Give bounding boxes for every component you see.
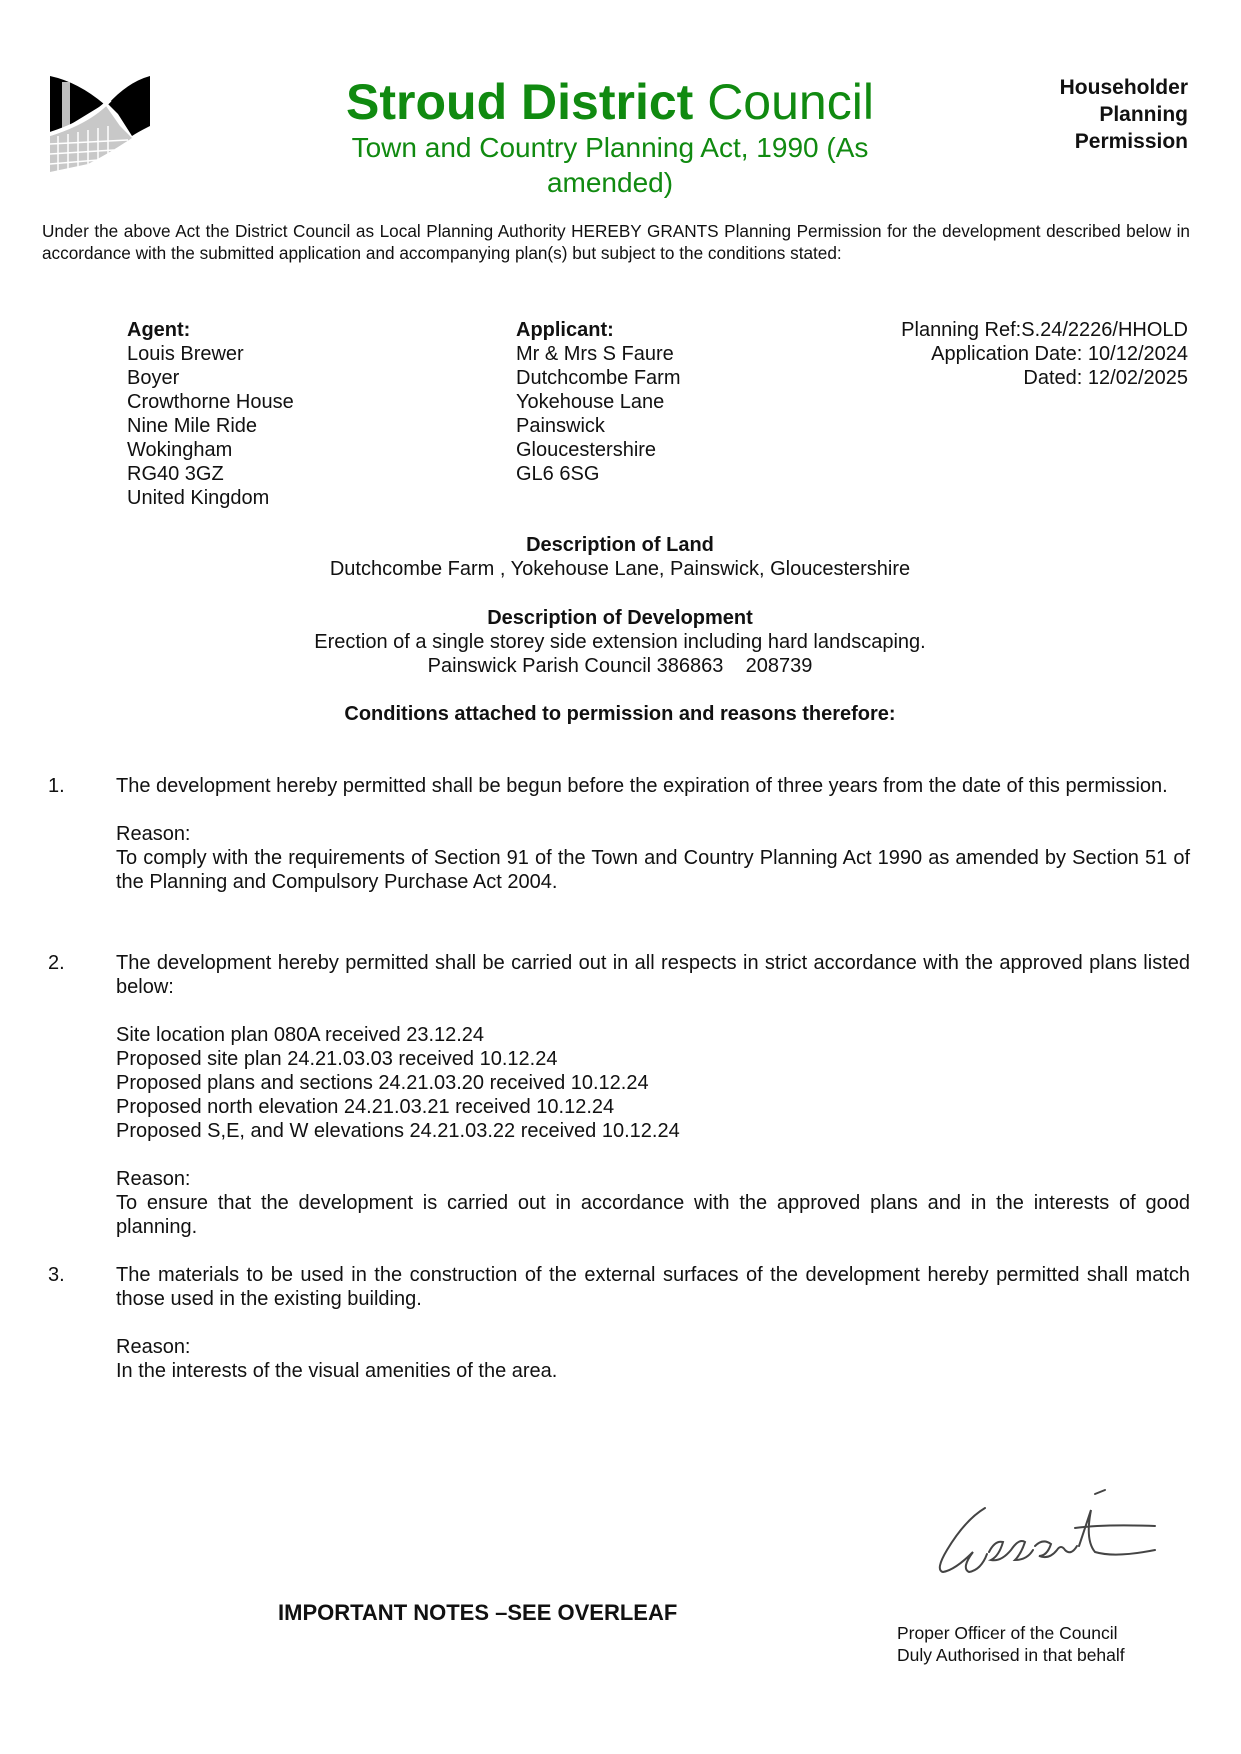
development-text: Erection of a single storey side extensi… [140,630,1100,654]
condition-text: The materials to be used in the construc… [116,1263,1190,1311]
applicant-address: Applicant: Mr & Mrs S Faure Dutchcombe F… [516,318,846,486]
approved-plan: Proposed north elevation 24.21.03.21 rec… [116,1095,1190,1119]
condition-number: 1. [48,774,88,798]
condition-item: 3. The materials to be used in the const… [48,1263,1190,1383]
parish-text: Painswick Parish Council 386863 208739 [140,654,1100,678]
condition-text: The development hereby permitted shall b… [116,951,1190,999]
applicant-line: Gloucestershire [516,438,846,462]
document-type-line: Planning [1000,101,1188,128]
condition-item: 1. The development hereby permitted shal… [48,774,1190,894]
officer-line: Duly Authorised in that behalf [897,1644,1125,1666]
agent-line: United Kingdom [127,486,457,510]
reason-label: Reason: [116,1335,1190,1359]
signature-icon [925,1480,1185,1590]
land-heading: Description of Land [140,533,1100,557]
officer-line: Proper Officer of the Council [897,1622,1125,1644]
condition-number: 3. [48,1263,88,1287]
reference-block: Planning Ref:S.24/2226/HHOLD Application… [800,318,1188,390]
council-name-bold: Stroud District [346,74,693,130]
agent-address: Agent: Louis Brewer Boyer Crowthorne Hou… [127,318,457,510]
condition-number: 2. [48,951,88,975]
condition-text: The development hereby permitted shall b… [116,774,1190,798]
application-date: Application Date: 10/12/2024 [800,342,1188,366]
decision-date: Dated: 12/02/2025 [800,366,1188,390]
agent-line: Crowthorne House [127,390,457,414]
reason-text: To ensure that the development is carrie… [116,1191,1190,1239]
document-type-line: Householder [1000,74,1188,101]
land-text: Dutchcombe Farm , Yokehouse Lane, Painsw… [140,557,1100,581]
applicant-line: Dutchcombe Farm [516,366,846,390]
approved-plan: Proposed S,E, and W elevations 24.21.03.… [116,1119,1190,1143]
applicant-line: GL6 6SG [516,462,846,486]
council-logo-icon [48,74,150,174]
officer-signoff: Proper Officer of the Council Duly Autho… [897,1622,1125,1666]
document-type: Householder Planning Permission [1000,74,1188,155]
reason-label: Reason: [116,822,1190,846]
condition-item: 2. The development hereby permitted shal… [48,951,1190,1239]
approved-plan: Proposed plans and sections 24.21.03.20 … [116,1071,1190,1095]
agent-line: Wokingham [127,438,457,462]
land-description: Description of Land Dutchcombe Farm , Yo… [140,533,1100,581]
agent-line: RG40 3GZ [127,462,457,486]
reason-label: Reason: [116,1167,1190,1191]
conditions-heading: Conditions attached to permission and re… [140,702,1100,726]
agent-line: Nine Mile Ride [127,414,457,438]
applicant-line: Yokehouse Lane [516,390,846,414]
planning-ref: Planning Ref:S.24/2226/HHOLD [800,318,1188,342]
act-title: Town and Country Planning Act, 1990 (As … [320,130,900,200]
approved-plan: Proposed site plan 24.21.03.03 received … [116,1047,1190,1071]
council-name: Stroud District Council [290,74,930,130]
council-name-regular: Council [707,74,874,130]
grant-statement: Under the above Act the District Council… [42,220,1190,264]
document-type-line: Permission [1000,128,1188,155]
agent-line: Louis Brewer [127,342,457,366]
reason-text: To comply with the requirements of Secti… [116,846,1190,894]
development-description: Description of Development Erection of a… [140,606,1100,678]
applicant-line: Mr & Mrs S Faure [516,342,846,366]
important-notes: IMPORTANT NOTES –SEE OVERLEAF [278,1600,677,1626]
agent-line: Boyer [127,366,457,390]
development-heading: Description of Development [140,606,1100,630]
applicant-heading: Applicant: [516,318,846,342]
reason-text: In the interests of the visual amenities… [116,1359,1190,1383]
applicant-line: Painswick [516,414,846,438]
approved-plan: Site location plan 080A received 23.12.2… [116,1023,1190,1047]
agent-heading: Agent: [127,318,457,342]
